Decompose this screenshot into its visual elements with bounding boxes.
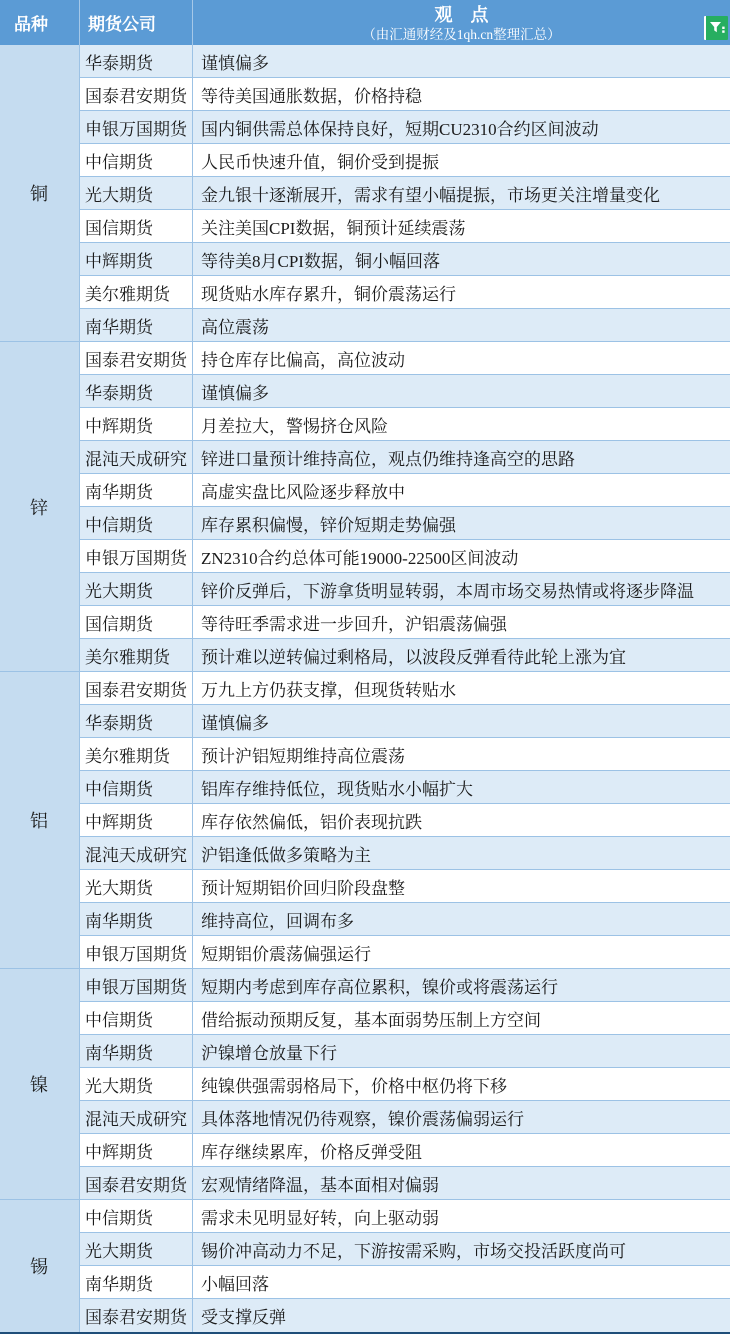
company-cell: 国泰君安期货 bbox=[80, 1299, 193, 1332]
viewpoint-cell: 预计难以逆转偏过剩格局，以波段反弹看待此轮上涨为宜 bbox=[193, 639, 730, 671]
company-cell: 中信期货 bbox=[80, 1200, 193, 1232]
company-cell: 光大期货 bbox=[80, 1068, 193, 1100]
table-row: 光大期货金九银十逐渐展开，需求有望小幅提振，市场更关注增量变化 bbox=[80, 177, 730, 210]
viewpoint-cell: 具体落地情况仍待观察，镍价震荡偏弱运行 bbox=[193, 1101, 730, 1133]
viewpoint-cell: 预计短期铝价回归阶段盘整 bbox=[193, 870, 730, 902]
section-铝: 铝国泰君安期货万九上方仍获支撑，但现货转贴水华泰期货谨慎偏多美尔雅期货预计沪铝短… bbox=[0, 672, 730, 969]
company-cell: 国泰君安期货 bbox=[80, 672, 193, 704]
viewpoint-cell: 人民币快速升值，铜价受到提振 bbox=[193, 144, 730, 176]
variety-cell: 锌 bbox=[0, 342, 80, 672]
column-header-company: 期货公司 bbox=[80, 0, 193, 45]
company-cell: 申银万国期货 bbox=[80, 540, 193, 572]
table-row: 华泰期货谨慎偏多 bbox=[80, 45, 730, 78]
table-row: 中信期货库存累积偏慢，锌价短期走势偏强 bbox=[80, 507, 730, 540]
company-cell: 光大期货 bbox=[80, 177, 193, 209]
company-cell: 中辉期货 bbox=[80, 408, 193, 440]
viewpoint-cell: ZN2310合约总体可能19000-22500区间波动 bbox=[193, 540, 730, 572]
table-row: 美尔雅期货现货贴水库存累升，铜价震荡运行 bbox=[80, 276, 730, 309]
viewpoint-cell: 锌进口量预计维持高位，观点仍维持逢高空的思路 bbox=[193, 441, 730, 473]
company-cell: 美尔雅期货 bbox=[80, 639, 193, 671]
company-cell: 中信期货 bbox=[80, 771, 193, 803]
viewpoint-cell: 持仓库存比偏高，高位波动 bbox=[193, 342, 730, 374]
company-cell: 申银万国期货 bbox=[80, 111, 193, 143]
viewpoint-cell: 铝库存维持低位，现货贴水小幅扩大 bbox=[193, 771, 730, 803]
viewpoint-cell: 等待美8月CPI数据，铜小幅回落 bbox=[193, 243, 730, 275]
table-row: 国泰君安期货万九上方仍获支撑，但现货转贴水 bbox=[80, 672, 730, 705]
table-row: 光大期货锌价反弹后，下游拿货明显转弱，本周市场交易热情或将逐步降温 bbox=[80, 573, 730, 606]
section-铜: 铜华泰期货谨慎偏多国泰君安期货等待美国通胀数据，价格持稳申银万国期货国内铜供需总… bbox=[0, 45, 730, 342]
table-row: 光大期货锡价冲高动力不足，下游按需采购，市场交投活跃度尚可 bbox=[80, 1233, 730, 1266]
viewpoint-cell: 万九上方仍获支撑，但现货转贴水 bbox=[193, 672, 730, 704]
table-row: 国信期货等待旺季需求进一步回升，沪铝震荡偏强 bbox=[80, 606, 730, 639]
company-cell: 南华期货 bbox=[80, 309, 193, 341]
table-row: 混沌天成研究具体落地情况仍待观察，镍价震荡偏弱运行 bbox=[80, 1101, 730, 1134]
company-cell: 申银万国期货 bbox=[80, 969, 193, 1001]
table-row: 南华期货沪镍增仓放量下行 bbox=[80, 1035, 730, 1068]
table-row: 中信期货需求未见明显好转，向上驱动弱 bbox=[80, 1200, 730, 1233]
table-row: 南华期货高位震荡 bbox=[80, 309, 730, 342]
table-row: 国泰君安期货等待美国通胀数据，价格持稳 bbox=[80, 78, 730, 111]
viewpoint-cell: 高虚实盘比风险逐步释放中 bbox=[193, 474, 730, 506]
table-row: 光大期货纯镍供强需弱格局下，价格中枢仍将下移 bbox=[80, 1068, 730, 1101]
viewpoint-cell: 借给振动预期反复，基本面弱势压制上方空间 bbox=[193, 1002, 730, 1034]
company-cell: 华泰期货 bbox=[80, 705, 193, 737]
viewpoint-cell: 谨慎偏多 bbox=[193, 375, 730, 407]
viewpoint-cell: 预计沪铝短期维持高位震荡 bbox=[193, 738, 730, 770]
viewpoint-cell: 等待旺季需求进一步回升，沪铝震荡偏强 bbox=[193, 606, 730, 638]
viewpoint-cell: 月差拉大，警惕挤仓风险 bbox=[193, 408, 730, 440]
company-cell: 光大期货 bbox=[80, 1233, 193, 1265]
table-row: 申银万国期货短期内考虑到库存高位累积，镍价或将震荡运行 bbox=[80, 969, 730, 1002]
viewpoint-cell: 受支撑反弹 bbox=[193, 1299, 730, 1332]
viewpoint-cell: 沪镍增仓放量下行 bbox=[193, 1035, 730, 1067]
viewpoint-cell: 维持高位，回调布多 bbox=[193, 903, 730, 935]
table-body: 铜华泰期货谨慎偏多国泰君安期货等待美国通胀数据，价格持稳申银万国期货国内铜供需总… bbox=[0, 45, 730, 1332]
company-cell: 美尔雅期货 bbox=[80, 738, 193, 770]
table-row: 中信期货铝库存维持低位，现货贴水小幅扩大 bbox=[80, 771, 730, 804]
viewpoint-cell: 宏观情绪降温，基本面相对偏弱 bbox=[193, 1167, 730, 1199]
company-cell: 中辉期货 bbox=[80, 243, 193, 275]
table-row: 申银万国期货国内铜供需总体保持良好，短期CU2310合约区间波动 bbox=[80, 111, 730, 144]
viewpoint-cell: 现货贴水库存累升，铜价震荡运行 bbox=[193, 276, 730, 308]
viewpoint-cell: 短期内考虑到库存高位累积，镍价或将震荡运行 bbox=[193, 969, 730, 1001]
column-header-variety: 品种 bbox=[0, 0, 80, 45]
company-cell: 混沌天成研究 bbox=[80, 1101, 193, 1133]
viewpoint-cell: 高位震荡 bbox=[193, 309, 730, 341]
table-row: 美尔雅期货预计沪铝短期维持高位震荡 bbox=[80, 738, 730, 771]
table-row: 华泰期货谨慎偏多 bbox=[80, 375, 730, 408]
company-cell: 光大期货 bbox=[80, 870, 193, 902]
table-row: 中信期货借给振动预期反复，基本面弱势压制上方空间 bbox=[80, 1002, 730, 1035]
company-cell: 中信期货 bbox=[80, 507, 193, 539]
table-row: 华泰期货谨慎偏多 bbox=[80, 705, 730, 738]
variety-cell: 锡 bbox=[0, 1200, 80, 1332]
table-row: 中辉期货月差拉大，警惕挤仓风险 bbox=[80, 408, 730, 441]
table-row: 混沌天成研究锌进口量预计维持高位，观点仍维持逢高空的思路 bbox=[80, 441, 730, 474]
viewpoint-cell: 锡价冲高动力不足，下游按需采购，市场交投活跃度尚可 bbox=[193, 1233, 730, 1265]
company-cell: 南华期货 bbox=[80, 1266, 193, 1298]
company-cell: 美尔雅期货 bbox=[80, 276, 193, 308]
viewpoint-cell: 纯镍供强需弱格局下，价格中枢仍将下移 bbox=[193, 1068, 730, 1100]
company-cell: 中信期货 bbox=[80, 144, 193, 176]
viewpoint-cell: 金九银十逐渐展开，需求有望小幅提振，市场更关注增量变化 bbox=[193, 177, 730, 209]
company-cell: 中辉期货 bbox=[80, 1134, 193, 1166]
viewpoint-cell: 库存依然偏低，铝价表现抗跌 bbox=[193, 804, 730, 836]
variety-cell: 铜 bbox=[0, 45, 80, 342]
viewpoint-cell: 库存继续累库，价格反弹受阻 bbox=[193, 1134, 730, 1166]
company-cell: 南华期货 bbox=[80, 903, 193, 935]
company-cell: 混沌天成研究 bbox=[80, 837, 193, 869]
table-row: 申银万国期货短期铝价震荡偏强运行 bbox=[80, 936, 730, 969]
company-cell: 混沌天成研究 bbox=[80, 441, 193, 473]
column-header-viewpoint: 观 点 （由汇通财经及1qh.cn整理汇总） bbox=[193, 0, 730, 45]
filter-funnel-icon[interactable] bbox=[704, 16, 728, 40]
company-cell: 华泰期货 bbox=[80, 375, 193, 407]
company-cell: 南华期货 bbox=[80, 1035, 193, 1067]
viewpoint-cell: 库存累积偏慢，锌价短期走势偏强 bbox=[193, 507, 730, 539]
table-row: 国信期货关注美国CPI数据，铜预计延续震荡 bbox=[80, 210, 730, 243]
company-cell: 中辉期货 bbox=[80, 804, 193, 836]
variety-cell: 镍 bbox=[0, 969, 80, 1200]
viewpoint-cell: 锌价反弹后，下游拿货明显转弱，本周市场交易热情或将逐步降温 bbox=[193, 573, 730, 605]
table-row: 美尔雅期货预计难以逆转偏过剩格局，以波段反弹看待此轮上涨为宜 bbox=[80, 639, 730, 672]
viewpoint-cell: 小幅回落 bbox=[193, 1266, 730, 1298]
viewpoint-cell: 需求未见明显好转，向上驱动弱 bbox=[193, 1200, 730, 1232]
viewpoint-cell: 国内铜供需总体保持良好，短期CU2310合约区间波动 bbox=[193, 111, 730, 143]
futures-opinions-table: 品种 期货公司 观 点 （由汇通财经及1qh.cn整理汇总） 铜华泰期货谨慎偏多… bbox=[0, 0, 730, 1334]
company-cell: 申银万国期货 bbox=[80, 936, 193, 968]
table-row: 光大期货预计短期铝价回归阶段盘整 bbox=[80, 870, 730, 903]
viewpoint-cell: 沪铝逢低做多策略为主 bbox=[193, 837, 730, 869]
company-cell: 南华期货 bbox=[80, 474, 193, 506]
table-row: 南华期货维持高位，回调布多 bbox=[80, 903, 730, 936]
company-cell: 光大期货 bbox=[80, 573, 193, 605]
company-cell: 国泰君安期货 bbox=[80, 78, 193, 110]
table-row: 申银万国期货ZN2310合约总体可能19000-22500区间波动 bbox=[80, 540, 730, 573]
table-row: 南华期货高虚实盘比风险逐步释放中 bbox=[80, 474, 730, 507]
section-锌: 锌国泰君安期货持仓库存比偏高，高位波动华泰期货谨慎偏多中辉期货月差拉大，警惕挤仓… bbox=[0, 342, 730, 672]
table-row: 中信期货人民币快速升值，铜价受到提振 bbox=[80, 144, 730, 177]
viewpoint-cell: 短期铝价震荡偏强运行 bbox=[193, 936, 730, 968]
company-cell: 国信期货 bbox=[80, 606, 193, 638]
table-row: 国泰君安期货持仓库存比偏高，高位波动 bbox=[80, 342, 730, 375]
company-cell: 中信期货 bbox=[80, 1002, 193, 1034]
viewpoint-cell: 关注美国CPI数据，铜预计延续震荡 bbox=[193, 210, 730, 242]
company-cell: 华泰期货 bbox=[80, 45, 193, 77]
table-row: 中辉期货等待美8月CPI数据，铜小幅回落 bbox=[80, 243, 730, 276]
section-镍: 镍申银万国期货短期内考虑到库存高位累积，镍价或将震荡运行中信期货借给振动预期反复… bbox=[0, 969, 730, 1200]
company-cell: 国泰君安期货 bbox=[80, 342, 193, 374]
viewpoint-cell: 等待美国通胀数据，价格持稳 bbox=[193, 78, 730, 110]
table-row: 国泰君安期货宏观情绪降温，基本面相对偏弱 bbox=[80, 1167, 730, 1200]
table-row: 国泰君安期货受支撑反弹 bbox=[80, 1299, 730, 1332]
table-row: 混沌天成研究沪铝逢低做多策略为主 bbox=[80, 837, 730, 870]
table-row: 南华期货小幅回落 bbox=[80, 1266, 730, 1299]
variety-cell: 铝 bbox=[0, 672, 80, 969]
table-row: 中辉期货库存继续累库，价格反弹受阻 bbox=[80, 1134, 730, 1167]
table-header: 品种 期货公司 观 点 （由汇通财经及1qh.cn整理汇总） bbox=[0, 0, 730, 45]
funnel-glyph bbox=[707, 18, 727, 38]
viewpoint-title: 观 点 bbox=[435, 5, 489, 26]
company-cell: 国泰君安期货 bbox=[80, 1167, 193, 1199]
table-row: 中辉期货库存依然偏低，铝价表现抗跌 bbox=[80, 804, 730, 837]
company-cell: 国信期货 bbox=[80, 210, 193, 242]
viewpoint-cell: 谨慎偏多 bbox=[193, 45, 730, 77]
viewpoint-subtitle: （由汇通财经及1qh.cn整理汇总） bbox=[362, 27, 560, 43]
viewpoint-cell: 谨慎偏多 bbox=[193, 705, 730, 737]
section-锡: 锡中信期货需求未见明显好转，向上驱动弱光大期货锡价冲高动力不足，下游按需采购，市… bbox=[0, 1200, 730, 1332]
